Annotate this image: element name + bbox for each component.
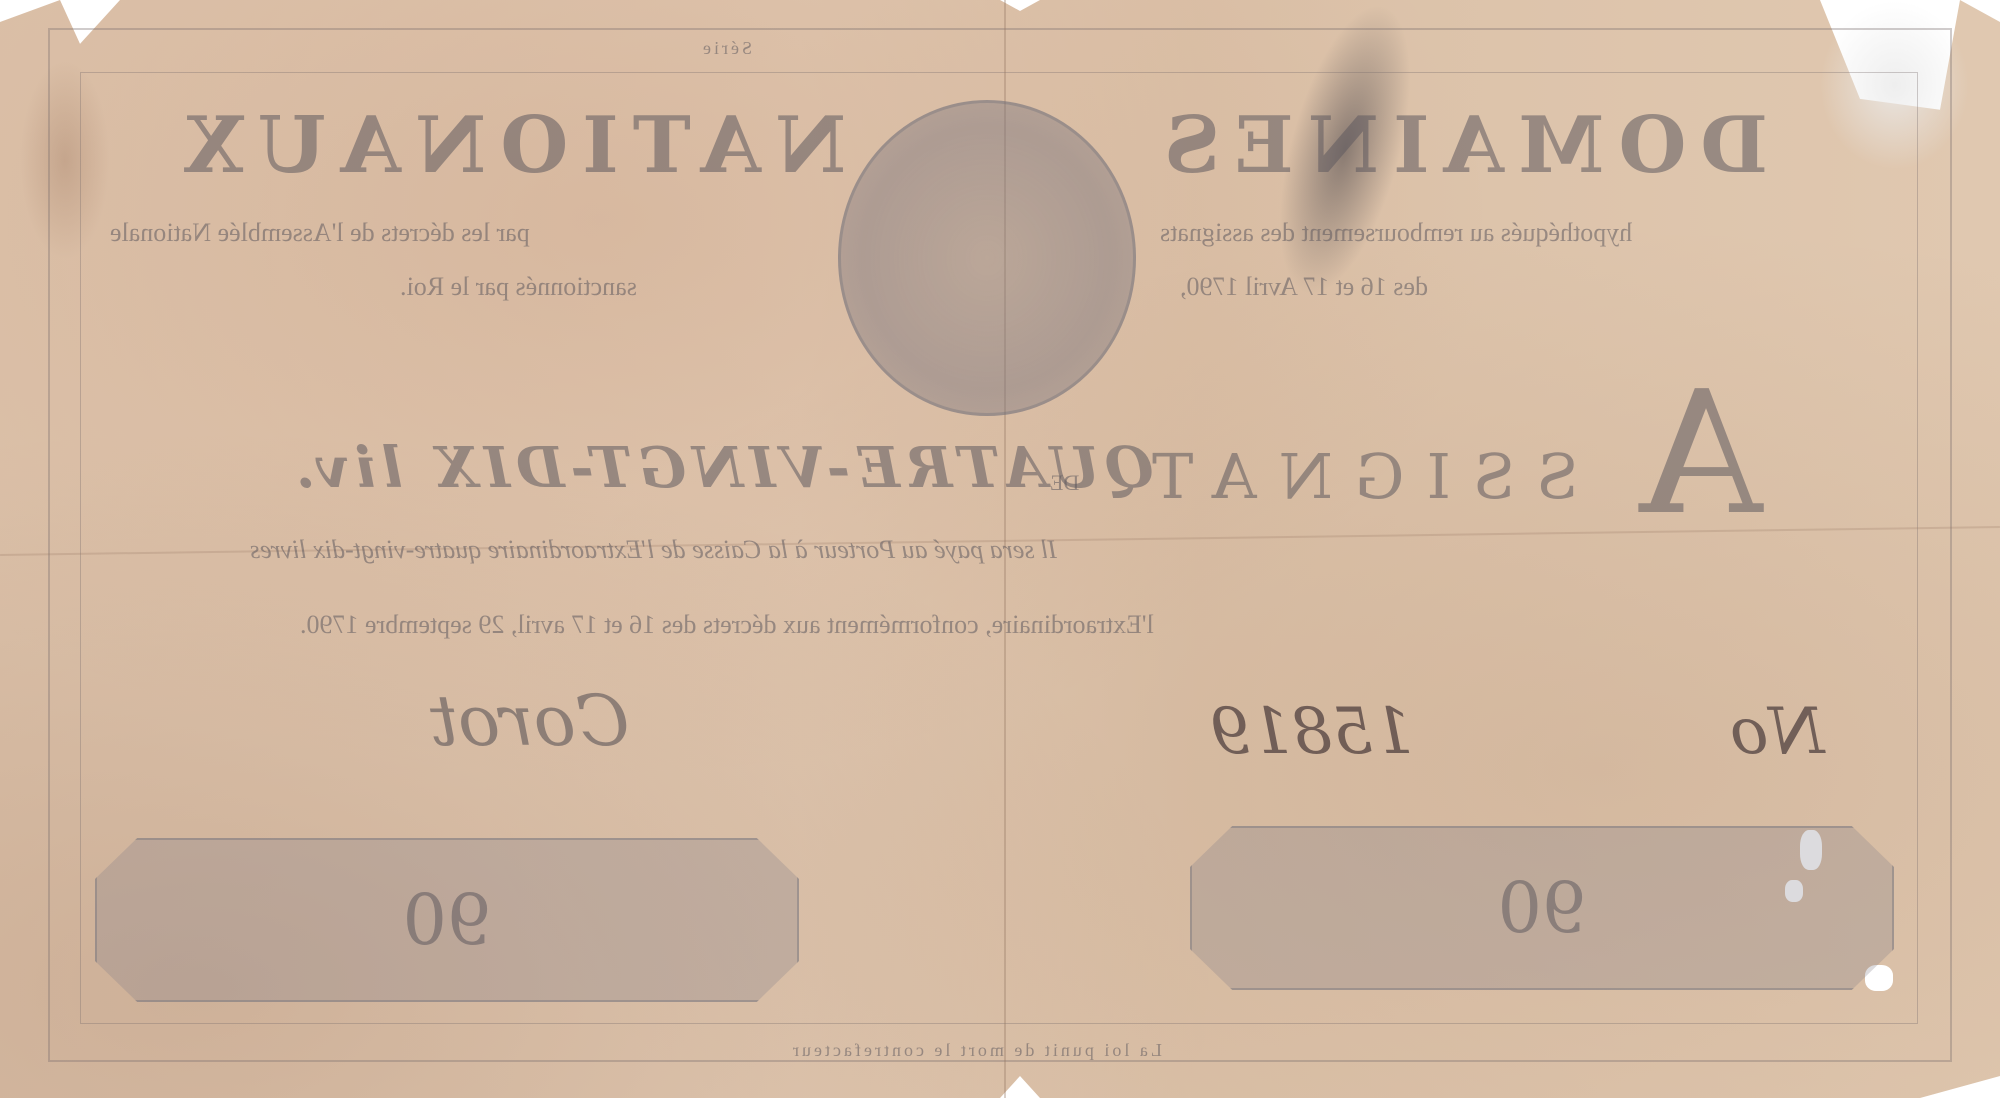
cartouche-value: 90 — [402, 879, 491, 961]
serial-prefix: No — [1730, 695, 1825, 769]
bottom-border-text: La loi punit de mort le contrefacteur — [790, 1040, 1162, 1061]
top-border-text: Série — [700, 38, 752, 59]
header-nationaux: NATIONAUX — [170, 100, 846, 191]
value-cartouche-right: 90 — [1190, 826, 1894, 990]
promise-line-1: Il sera payé au Porteur à la Caisse de l… — [250, 535, 1057, 565]
promise-line-2: l'Extraordinaire, conformément aux décre… — [300, 610, 1154, 640]
subline-left: hypothéqués au remboursement des assigna… — [1160, 218, 1632, 248]
subline-right: par les décrets de l'Assemblée Nationale — [110, 218, 530, 248]
value-cartouche-left: 90 — [95, 838, 799, 1002]
denomination: QUATRE-VINGT-DIX liv. — [290, 435, 1154, 501]
serial-number: 15819 — [1210, 695, 1414, 769]
header-domaines: DOMAINES — [1150, 100, 1768, 191]
assignat-word: SSIGNAT — [1130, 440, 1579, 513]
subline2-right: sanctionnés par le Roi. — [400, 272, 637, 302]
signature: Corot — [430, 680, 629, 762]
portrait-medallion — [838, 100, 1136, 416]
cartouche-value: 90 — [1497, 867, 1586, 949]
big-initial: A — [1640, 355, 1763, 553]
subline2-left: des 16 et 17 Avril 1790, — [1180, 272, 1428, 302]
